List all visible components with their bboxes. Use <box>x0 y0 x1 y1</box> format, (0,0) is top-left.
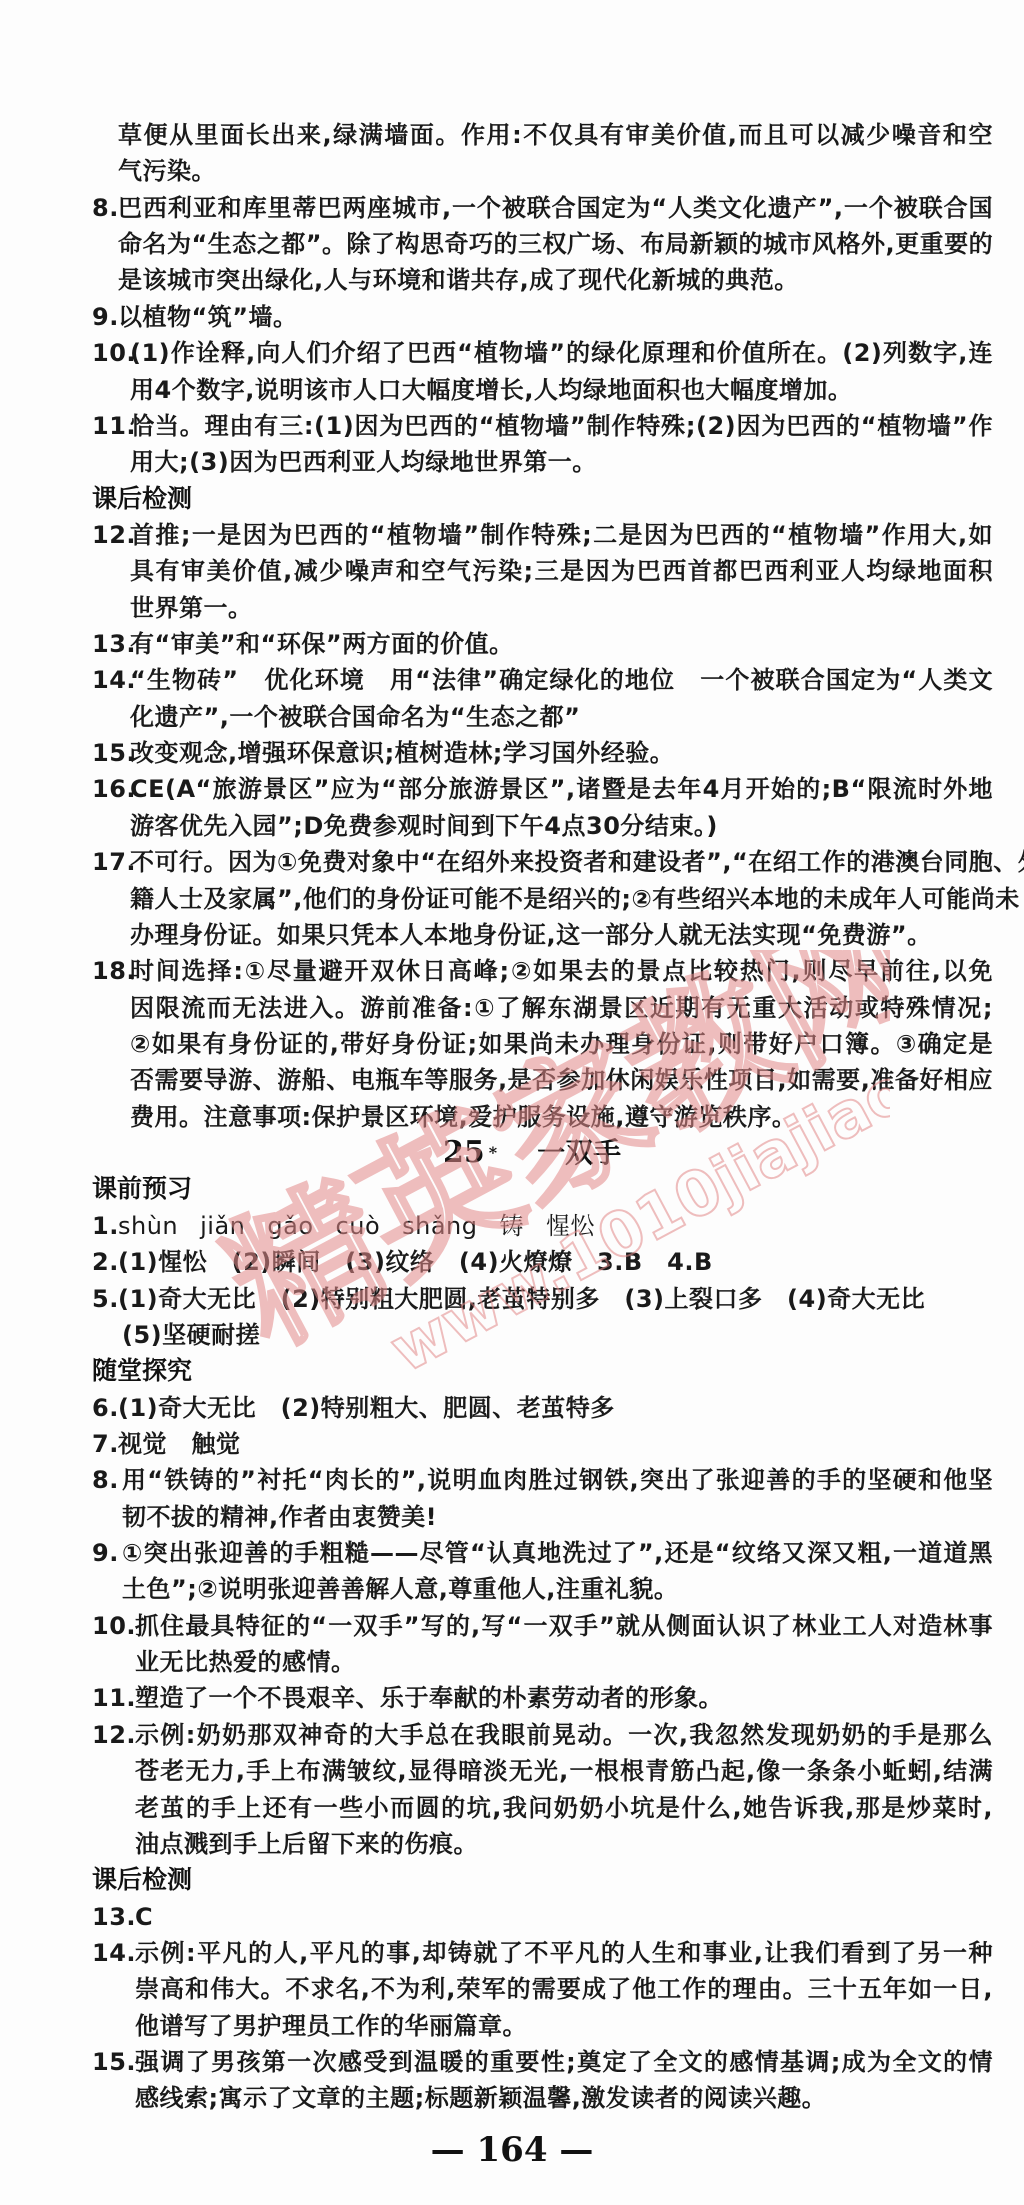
answer-number: 15. <box>92 2044 136 2080</box>
answer-item: 5.(1)奇大无比 (2)特别粗大肥圆,老茧特别多 (3)上裂口多 (4)奇大无… <box>92 1281 993 1317</box>
answer-item: 11.塑造了一个不畏艰辛、乐于奉献的朴素劳动者的形象。 <box>92 1680 993 1716</box>
answer-number: 6. <box>92 1390 119 1426</box>
answer-item: 11.恰当。理由有三:(1)因为巴西的“植物墙”制作特殊;(2)因为巴西的“植物… <box>92 408 993 444</box>
answer-text: 业无比热爱的感情。 <box>135 1644 356 1680</box>
answer-item: 14.示例:平凡的人,平凡的事,却铸就了不平凡的人生和事业,让我们看到了另一种 <box>92 1935 993 1971</box>
answer-text: 首推;一是因为巴西的“植物墙”制作特殊;二是因为巴西的“植物墙”作用大,如 <box>130 517 993 553</box>
answer-continuation-line: 费用。注意事项:保护景区环境,爱护服务设施,遵守游览秩序。 <box>92 1099 993 1135</box>
answer-text: (1)作诠释,向人们介绍了巴西“植物墙”的绿化原理和价值所在。(2)列数字,连 <box>130 335 993 371</box>
answer-item: 12.首推;一是因为巴西的“植物墙”制作特殊;二是因为巴西的“植物墙”作用大,如 <box>92 517 993 553</box>
answer-text: 土色”;②说明张迎善善解人意,尊重他人,注重礼貌。 <box>122 1571 678 1607</box>
answer-continuation-line: 土色”;②说明张迎善善解人意,尊重他人,注重礼貌。 <box>92 1571 993 1607</box>
answer-text: 韧不拔的精神,作者由衷赞美! <box>122 1499 437 1535</box>
answer-continuation-line: 感线索;寓示了文章的主题;标题新颖温馨,激发读者的阅读兴趣。 <box>92 2080 993 2116</box>
answer-text: 世界第一。 <box>130 590 253 626</box>
lesson-number: 25 <box>443 1135 485 1170</box>
answer-text: 化遗产”,一个被联合国命名为“生态之都” <box>130 699 580 735</box>
answer-number: 2. <box>92 1244 119 1280</box>
answer-continuation-line: 崇高和伟大。不求名,不为利,荣军的需要成了他工作的理由。三十五年如一日, <box>92 1971 993 2007</box>
answer-continuation-line: 因限流而无法进入。游前准备:①了解东湖景区近期有无重大活动或特殊情况; <box>92 990 993 1026</box>
answer-text: 塑造了一个不畏艰辛、乐于奉献的朴素劳动者的形象。 <box>135 1680 723 1716</box>
answer-text: 有“审美”和“环保”两方面的价值。 <box>130 626 514 662</box>
pinyin-item: 铸 <box>500 1212 525 1240</box>
answer-text: 命名为“生态之都”。除了构思奇巧的三权广场、布局新颖的城市风格外,更重要的 <box>118 226 993 262</box>
answer-text: 时间选择:①尽量避开双休日高峰;②如果去的景点比较热门,则尽早前往,以免 <box>130 953 993 989</box>
answer-number: 13. <box>92 1899 136 1935</box>
answer-text: 示例:奶奶那双神奇的大手总在我眼前晃动。一次,我忽然发现奶奶的手是那么 <box>135 1717 993 1753</box>
answer-text: (5)坚硬耐搓 <box>122 1317 260 1353</box>
answer-text: 草便从里面长出来,绿满墙面。作用:不仅具有审美价值,而且可以减少噪音和空 <box>118 117 993 153</box>
answer-text: 游客优先入园”;D免费参观时间到下午4点30分结束。) <box>130 808 718 844</box>
answer-text: 抓住最具特征的“一双手”写的,写“一双手”就从侧面认识了林业工人对造林事 <box>135 1608 993 1644</box>
answer-number: 11. <box>92 1680 136 1716</box>
answer-continuation-line: 办理身份证。如果只凭本人本地身份证,这一部分人就无法实现“免费游”。 <box>92 917 993 953</box>
answer-continuation-line: 老茧的手上还有一些小而圆的坑,我问奶奶小坑是什么,她告诉我,那是炒菜时, <box>92 1790 993 1826</box>
answer-text: 视觉 触觉 <box>118 1426 241 1462</box>
section-heading: 课后检测 <box>92 481 192 517</box>
answer-item: 6.(1)奇大无比 (2)特别粗大、肥圆、老茧特多 <box>92 1390 993 1426</box>
answer-text: 感线索;寓示了文章的主题;标题新颖温馨,激发读者的阅读兴趣。 <box>135 2080 826 2116</box>
page-number: — 164 — <box>0 2130 1024 2170</box>
answer-text: 费用。注意事项:保护景区环境,爱护服务设施,遵守游览秩序。 <box>130 1099 796 1135</box>
answer-text: 老茧的手上还有一些小而圆的坑,我问奶奶小坑是什么,她告诉我,那是炒菜时, <box>135 1790 993 1826</box>
answer-text: 示例:平凡的人,平凡的事,却铸就了不平凡的人生和事业,让我们看到了另一种 <box>135 1935 993 1971</box>
section-heading: 随堂探究 <box>92 1353 192 1389</box>
answer-item: 17.不可行。因为①免费对象中“在绍外来投资者和建设者”,“在绍工作的港澳台同胞… <box>92 844 993 880</box>
answer-continuation-line: 苍老无力,手上布满皱纹,显得暗淡无光,一根根青筋凸起,像一条条小蚯蚓,结满 <box>92 1753 993 1789</box>
answer-continuation-line: 籍人士及家属”,他们的身份证可能不是绍兴的;②有些绍兴本地的未成年人可能尚未 <box>92 881 993 917</box>
answer-item: 18.时间选择:①尽量避开双休日高峰;②如果去的景点比较热门,则尽早前往,以免 <box>92 953 993 989</box>
answer-item: 8.用“铁铸的”衬托“肉长的”,说明血肉胜过钢铁,突出了张迎善的手的坚硬和他坚 <box>92 1462 993 1498</box>
answer-text: 他谱写了男护理员工作的华丽篇章。 <box>135 2008 527 2044</box>
answer-text: C <box>135 1899 153 1935</box>
optional-lesson-star: * <box>489 1143 497 1162</box>
answer-text: (1)奇大无比 (2)特别粗大、肥圆、老茧特多 <box>118 1390 615 1426</box>
answer-text: 强调了男孩第一次感受到温暖的重要性;奠定了全文的感情基调;成为全文的情 <box>135 2044 993 2080</box>
lesson-name: 一双手 <box>537 1136 621 1169</box>
answer-text: 油点溅到手上后留下来的伤痕。 <box>135 1826 478 1862</box>
answer-text: “生物砖” 优化环境 用“法律”确定绿化的地位 一个被联合国定为“人类文 <box>130 662 993 698</box>
answer-item: 10.(1)作诠释,向人们介绍了巴西“植物墙”的绿化原理和价值所在。(2)列数字… <box>92 335 993 371</box>
answer-text: 不可行。因为①免费对象中“在绍外来投资者和建设者”,“在绍工作的港澳台同胞、外 <box>130 844 993 880</box>
answer-continuation-line: 否需要导游、游船、电瓶车等服务,是否参加休闲娱乐性项目,如需要,准备好相应 <box>92 1062 993 1098</box>
answer-continuation-line: 命名为“生态之都”。除了构思奇巧的三权广场、布局新颖的城市风格外,更重要的 <box>92 226 993 262</box>
answer-continuation-line: 韧不拔的精神,作者由衷赞美! <box>92 1499 993 1535</box>
answer-continuation-line: 草便从里面长出来,绿满墙面。作用:不仅具有审美价值,而且可以减少噪音和空 <box>92 117 993 153</box>
pinyin-item: 惺忪 <box>546 1212 595 1240</box>
answer-text: 是该城市突出绿化,人与环境和谐共存,成了现代化新城的典范。 <box>118 262 799 298</box>
answer-text: 办理身份证。如果只凭本人本地身份证,这一部分人就无法实现“免费游”。 <box>130 917 932 953</box>
answer-continuation-line: 气污染。 <box>92 153 993 189</box>
answer-text: (1)奇大无比 (2)特别粗大肥圆,老茧特别多 (3)上裂口多 (4)奇大无比 <box>118 1281 925 1317</box>
answer-continuation-line: 游客优先入园”;D免费参观时间到下午4点30分结束。) <box>92 808 993 844</box>
answer-item: 16.CE(A“旅游景区”应为“部分旅游景区”,诸暨是去年4月开始的;B“限流时… <box>92 771 993 807</box>
answer-continuation-line: (5)坚硬耐搓 <box>92 1317 993 1353</box>
answer-text: 巴西利亚和库里蒂巴两座城市,一个被联合国定为“人类文化遗产”,一个被联合国 <box>118 190 993 226</box>
answer-item: 8.巴西利亚和库里蒂巴两座城市,一个被联合国定为“人类文化遗产”,一个被联合国 <box>92 190 993 226</box>
section-heading: 课前预习 <box>92 1171 192 1207</box>
answer-continuation-line: 业无比热爱的感情。 <box>92 1644 993 1680</box>
answer-number: 8. <box>92 190 119 226</box>
answer-text: ①突出张迎善的手粗糙——尽管“认真地洗过了”,还是“纹络又深又粗,一道道黑 <box>122 1535 993 1571</box>
pinyin-item: jiǎn <box>200 1212 245 1240</box>
pinyin-item: shǎng <box>402 1212 477 1240</box>
answer-text: 用“铁铸的”衬托“肉长的”,说明血肉胜过钢铁,突出了张迎善的手的坚硬和他坚 <box>122 1462 993 1498</box>
answer-item: 12.示例:奶奶那双神奇的大手总在我眼前晃动。一次,我忽然发现奶奶的手是那么 <box>92 1717 993 1753</box>
answer-page: 草便从里面长出来,绿满墙面。作用:不仅具有审美价值,而且可以减少噪音和空气污染。… <box>0 0 1024 2205</box>
answer-number: 12. <box>92 1717 136 1753</box>
lesson-title: 25*一双手 <box>443 1133 621 1173</box>
answer-text: 因限流而无法进入。游前准备:①了解东湖景区近期有无重大活动或特殊情况; <box>130 990 993 1026</box>
answer-item: 15.改变观念,增强环保意识;植树造林;学习国外经验。 <box>92 735 993 771</box>
answer-item: 2.(1)惺忪 (2)瞬间 (3)纹络 (4)火燎燎 3.B 4.B <box>92 1244 993 1280</box>
answer-number: 7. <box>92 1426 119 1462</box>
answer-text: 苍老无力,手上布满皱纹,显得暗淡无光,一根根青筋凸起,像一条条小蚯蚓,结满 <box>135 1753 993 1789</box>
answer-item: 9.①突出张迎善的手粗糙——尽管“认真地洗过了”,还是“纹络又深又粗,一道道黑 <box>92 1535 993 1571</box>
answer-number: 1. <box>92 1208 119 1244</box>
answer-number: 5. <box>92 1281 119 1317</box>
answer-number: 8. <box>92 1462 119 1498</box>
answer-text: 用大;(3)因为巴西利亚人均绿地世界第一。 <box>130 444 597 480</box>
answer-item: 10.抓住最具特征的“一双手”写的,写“一双手”就从侧面认识了林业工人对造林事 <box>92 1608 993 1644</box>
answer-text: 恰当。理由有三:(1)因为巴西的“植物墙”制作特殊;(2)因为巴西的“植物墙”作 <box>130 408 993 444</box>
answer-number: 9. <box>92 1535 119 1571</box>
answer-text: 气污染。 <box>118 153 216 189</box>
answer-continuation-line: 用4个数字,说明该市人口大幅度增长,人均绿地面积也大幅度增加。 <box>92 372 993 408</box>
answer-text: (1)惺忪 (2)瞬间 (3)纹络 (4)火燎燎 3.B 4.B <box>118 1244 713 1280</box>
answer-continuation-line: 化遗产”,一个被联合国命名为“生态之都” <box>92 699 993 735</box>
answer-text: CE(A“旅游景区”应为“部分旅游景区”,诸暨是去年4月开始的;B“限流时外地 <box>130 771 993 807</box>
answer-item: 7.视觉 触觉 <box>92 1426 993 1462</box>
answer-continuation-line: 世界第一。 <box>92 590 993 626</box>
answer-item: 1.shùnjiǎngǎocuòshǎng铸惺忪 <box>92 1208 993 1244</box>
answer-item: 15.强调了男孩第一次感受到温暖的重要性;奠定了全文的感情基调;成为全文的情 <box>92 2044 993 2080</box>
answer-continuation-line: 他谱写了男护理员工作的华丽篇章。 <box>92 2008 993 2044</box>
answer-item: 13.C <box>92 1899 993 1935</box>
answer-text: 否需要导游、游船、电瓶车等服务,是否参加休闲娱乐性项目,如需要,准备好相应 <box>130 1062 993 1098</box>
answer-text: 籍人士及家属”,他们的身份证可能不是绍兴的;②有些绍兴本地的未成年人可能尚未 <box>130 881 993 917</box>
pinyin-item: shùn <box>118 1212 178 1240</box>
answer-text: 用4个数字,说明该市人口大幅度增长,人均绿地面积也大幅度增加。 <box>130 372 852 408</box>
answer-item: 14.“生物砖” 优化环境 用“法律”确定绿化的地位 一个被联合国定为“人类文 <box>92 662 993 698</box>
answer-number: 10. <box>92 1608 136 1644</box>
answer-item: 13.有“审美”和“环保”两方面的价值。 <box>92 626 993 662</box>
answer-continuation-line: 具有审美价值,减少噪声和空气污染;三是因为巴西首都巴西利亚人均绿地面积 <box>92 553 993 589</box>
pinyin-answers: shùnjiǎngǎocuòshǎng铸惺忪 <box>118 1208 617 1244</box>
answer-number: 14. <box>92 1935 136 1971</box>
answer-text: 具有审美价值,减少噪声和空气污染;三是因为巴西首都巴西利亚人均绿地面积 <box>130 553 993 589</box>
answer-text: 崇高和伟大。不求名,不为利,荣军的需要成了他工作的理由。三十五年如一日, <box>135 1971 993 2007</box>
answer-continuation-line: 油点溅到手上后留下来的伤痕。 <box>92 1826 993 1862</box>
answer-text: 改变观念,增强环保意识;植树造林;学习国外经验。 <box>130 735 674 771</box>
pinyin-item: cuò <box>336 1212 381 1240</box>
answer-continuation-line: 用大;(3)因为巴西利亚人均绿地世界第一。 <box>92 444 993 480</box>
answer-number: 9. <box>92 299 119 335</box>
pinyin-item: gǎo <box>267 1212 313 1240</box>
answer-item: 9.以植物“筑”墙。 <box>92 299 993 335</box>
answer-continuation-line: ②如果有身份证的,带好身份证;如果尚未办理身份证,则带好户口簿。③确定是 <box>92 1026 993 1062</box>
section-heading: 课后检测 <box>92 1862 192 1898</box>
answer-text: ②如果有身份证的,带好身份证;如果尚未办理身份证,则带好户口簿。③确定是 <box>130 1026 993 1062</box>
answer-continuation-line: 是该城市突出绿化,人与环境和谐共存,成了现代化新城的典范。 <box>92 262 993 298</box>
answer-text: 以植物“筑”墙。 <box>118 299 298 335</box>
